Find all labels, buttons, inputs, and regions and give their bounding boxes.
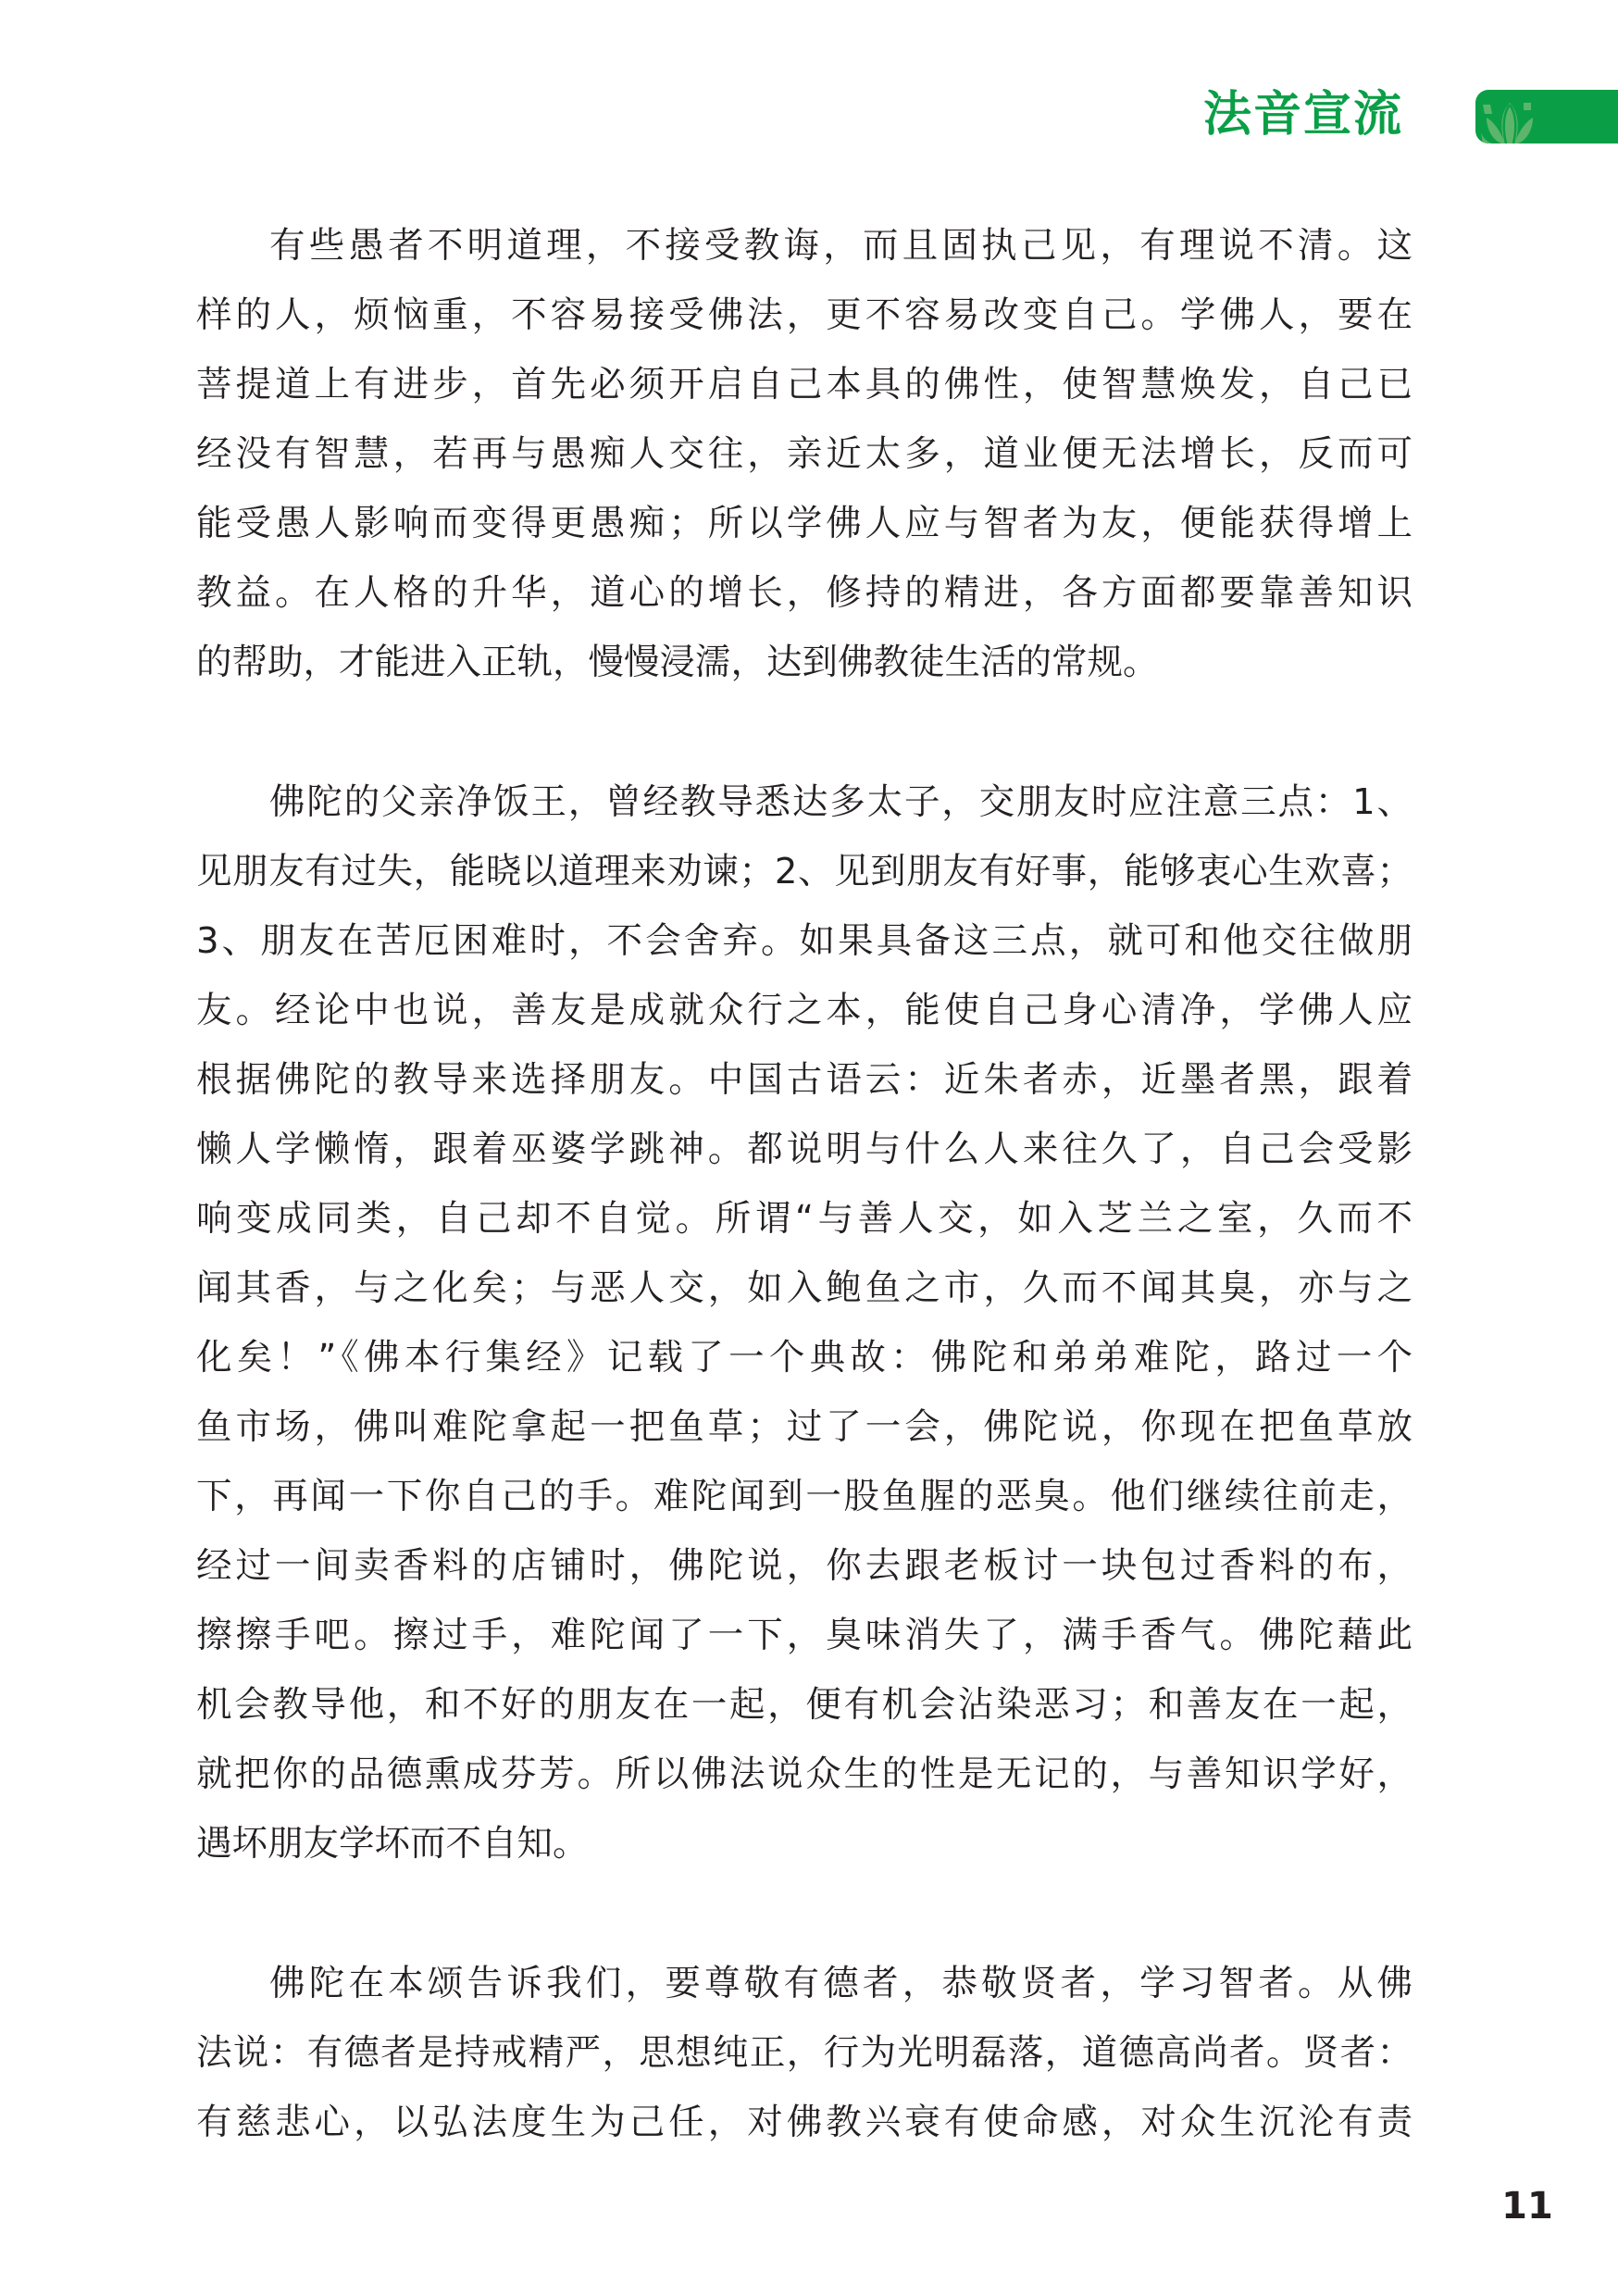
text-line: 响变成同类，自己却不自觉。所谓“与善人交，如入芝兰之室，久而不	[196, 1184, 1413, 1254]
text-line: 就把你的品德熏成芬芳。所以佛法说众生的性是无记的，与善知识学好，	[196, 1740, 1413, 1809]
section-tab	[1475, 90, 1618, 143]
text-line: 闻其香，与之化矣；与恶人交，如入鲍鱼之市，久而不闻其臭，亦与之	[196, 1254, 1413, 1323]
lotus-icon	[1481, 101, 1538, 143]
text-line: 的帮助，才能进入正轨，慢慢浸濡，达到佛教徒生活的常规。	[196, 628, 1413, 697]
text-line: 有慈悲心，以弘法度生为己任，对佛教兴衰有使命感，对众生沉沦有责	[196, 2088, 1413, 2157]
text-line: 根据佛陀的教导来选择朋友。中国古语云：近朱者赤，近墨者黑，跟着	[196, 1045, 1413, 1115]
text-line: 化矣！”《佛本行集经》记载了一个典故：佛陀和弟弟难陀，路过一个	[196, 1323, 1413, 1392]
text-line: 样的人，烦恼重，不容易接受佛法，更不容易改变自己。学佛人，要在	[196, 281, 1413, 350]
text-line: 菩提道上有进步，首先必须开启自己本具的佛性，使智慧焕发，自己已	[196, 350, 1413, 419]
page-header: 法音宣流	[0, 90, 1618, 143]
text-line: 能受愚人影响而变得更愚痴；所以学佛人应与智者为友，便能获得增上	[196, 489, 1413, 558]
text-line: 擦擦手吧。擦过手，难陀闻了一下，臭味消失了，满手香气。佛陀藉此	[196, 1601, 1413, 1670]
text-line: 3、朋友在苦厄困难时，不会舍弃。如果具备这三点，就可和他交往做朋	[196, 906, 1413, 976]
text-line: 见朋友有过失，能晓以道理来劝谏；2、见到朋友有好事，能够衷心生欢喜；	[196, 837, 1413, 906]
text-line: 遇坏朋友学坏而不自知。	[196, 1809, 1413, 1878]
section-title: 法音宣流	[1203, 86, 1442, 143]
text-line: 鱼市场，佛叫难陀拿起一把鱼草；过了一会，佛陀说，你现在把鱼草放	[196, 1392, 1413, 1462]
text-line: 教益。在人格的升华，道心的增长，修持的精进，各方面都要靠善知识	[196, 558, 1413, 628]
text-line: 佛陀的父亲净饭王，曾经教导悉达多太子，交朋友时应注意三点：1、	[269, 767, 1413, 837]
text-line: 友。经论中也说，善友是成就众行之本，能使自己身心清净，学佛人应	[196, 976, 1413, 1045]
text-line: 下，再闻一下你自己的手。难陀闻到一股鱼腥的恶臭。他们继续往前走，	[196, 1462, 1413, 1531]
text-line: 有些愚者不明道理，不接受教诲，而且固执己见，有理说不清。这	[269, 211, 1413, 281]
text-line: 机会教导他，和不好的朋友在一起，便有机会沾染恶习；和善友在一起，	[196, 1670, 1413, 1740]
text-line: 懒人学懒惰，跟着巫婆学跳神。都说明与什么人来往久了，自己会受影	[196, 1115, 1413, 1184]
text-line: 经没有智慧，若再与愚痴人交往，亲近太多，道业便无法增长，反而可	[196, 419, 1413, 489]
text-line: 经过一间卖香料的店铺时，佛陀说，你去跟老板讨一块包过香料的布，	[196, 1531, 1413, 1601]
text-line: 法说：有德者是持戒精严，思想纯正，行为光明磊落，道德高尚者。贤者：	[196, 2018, 1413, 2088]
text-line: 佛陀在本颂告诉我们，要尊敬有德者，恭敬贤者，学习智者。从佛	[269, 1949, 1413, 2018]
page-number: 11	[1500, 2183, 1555, 2229]
